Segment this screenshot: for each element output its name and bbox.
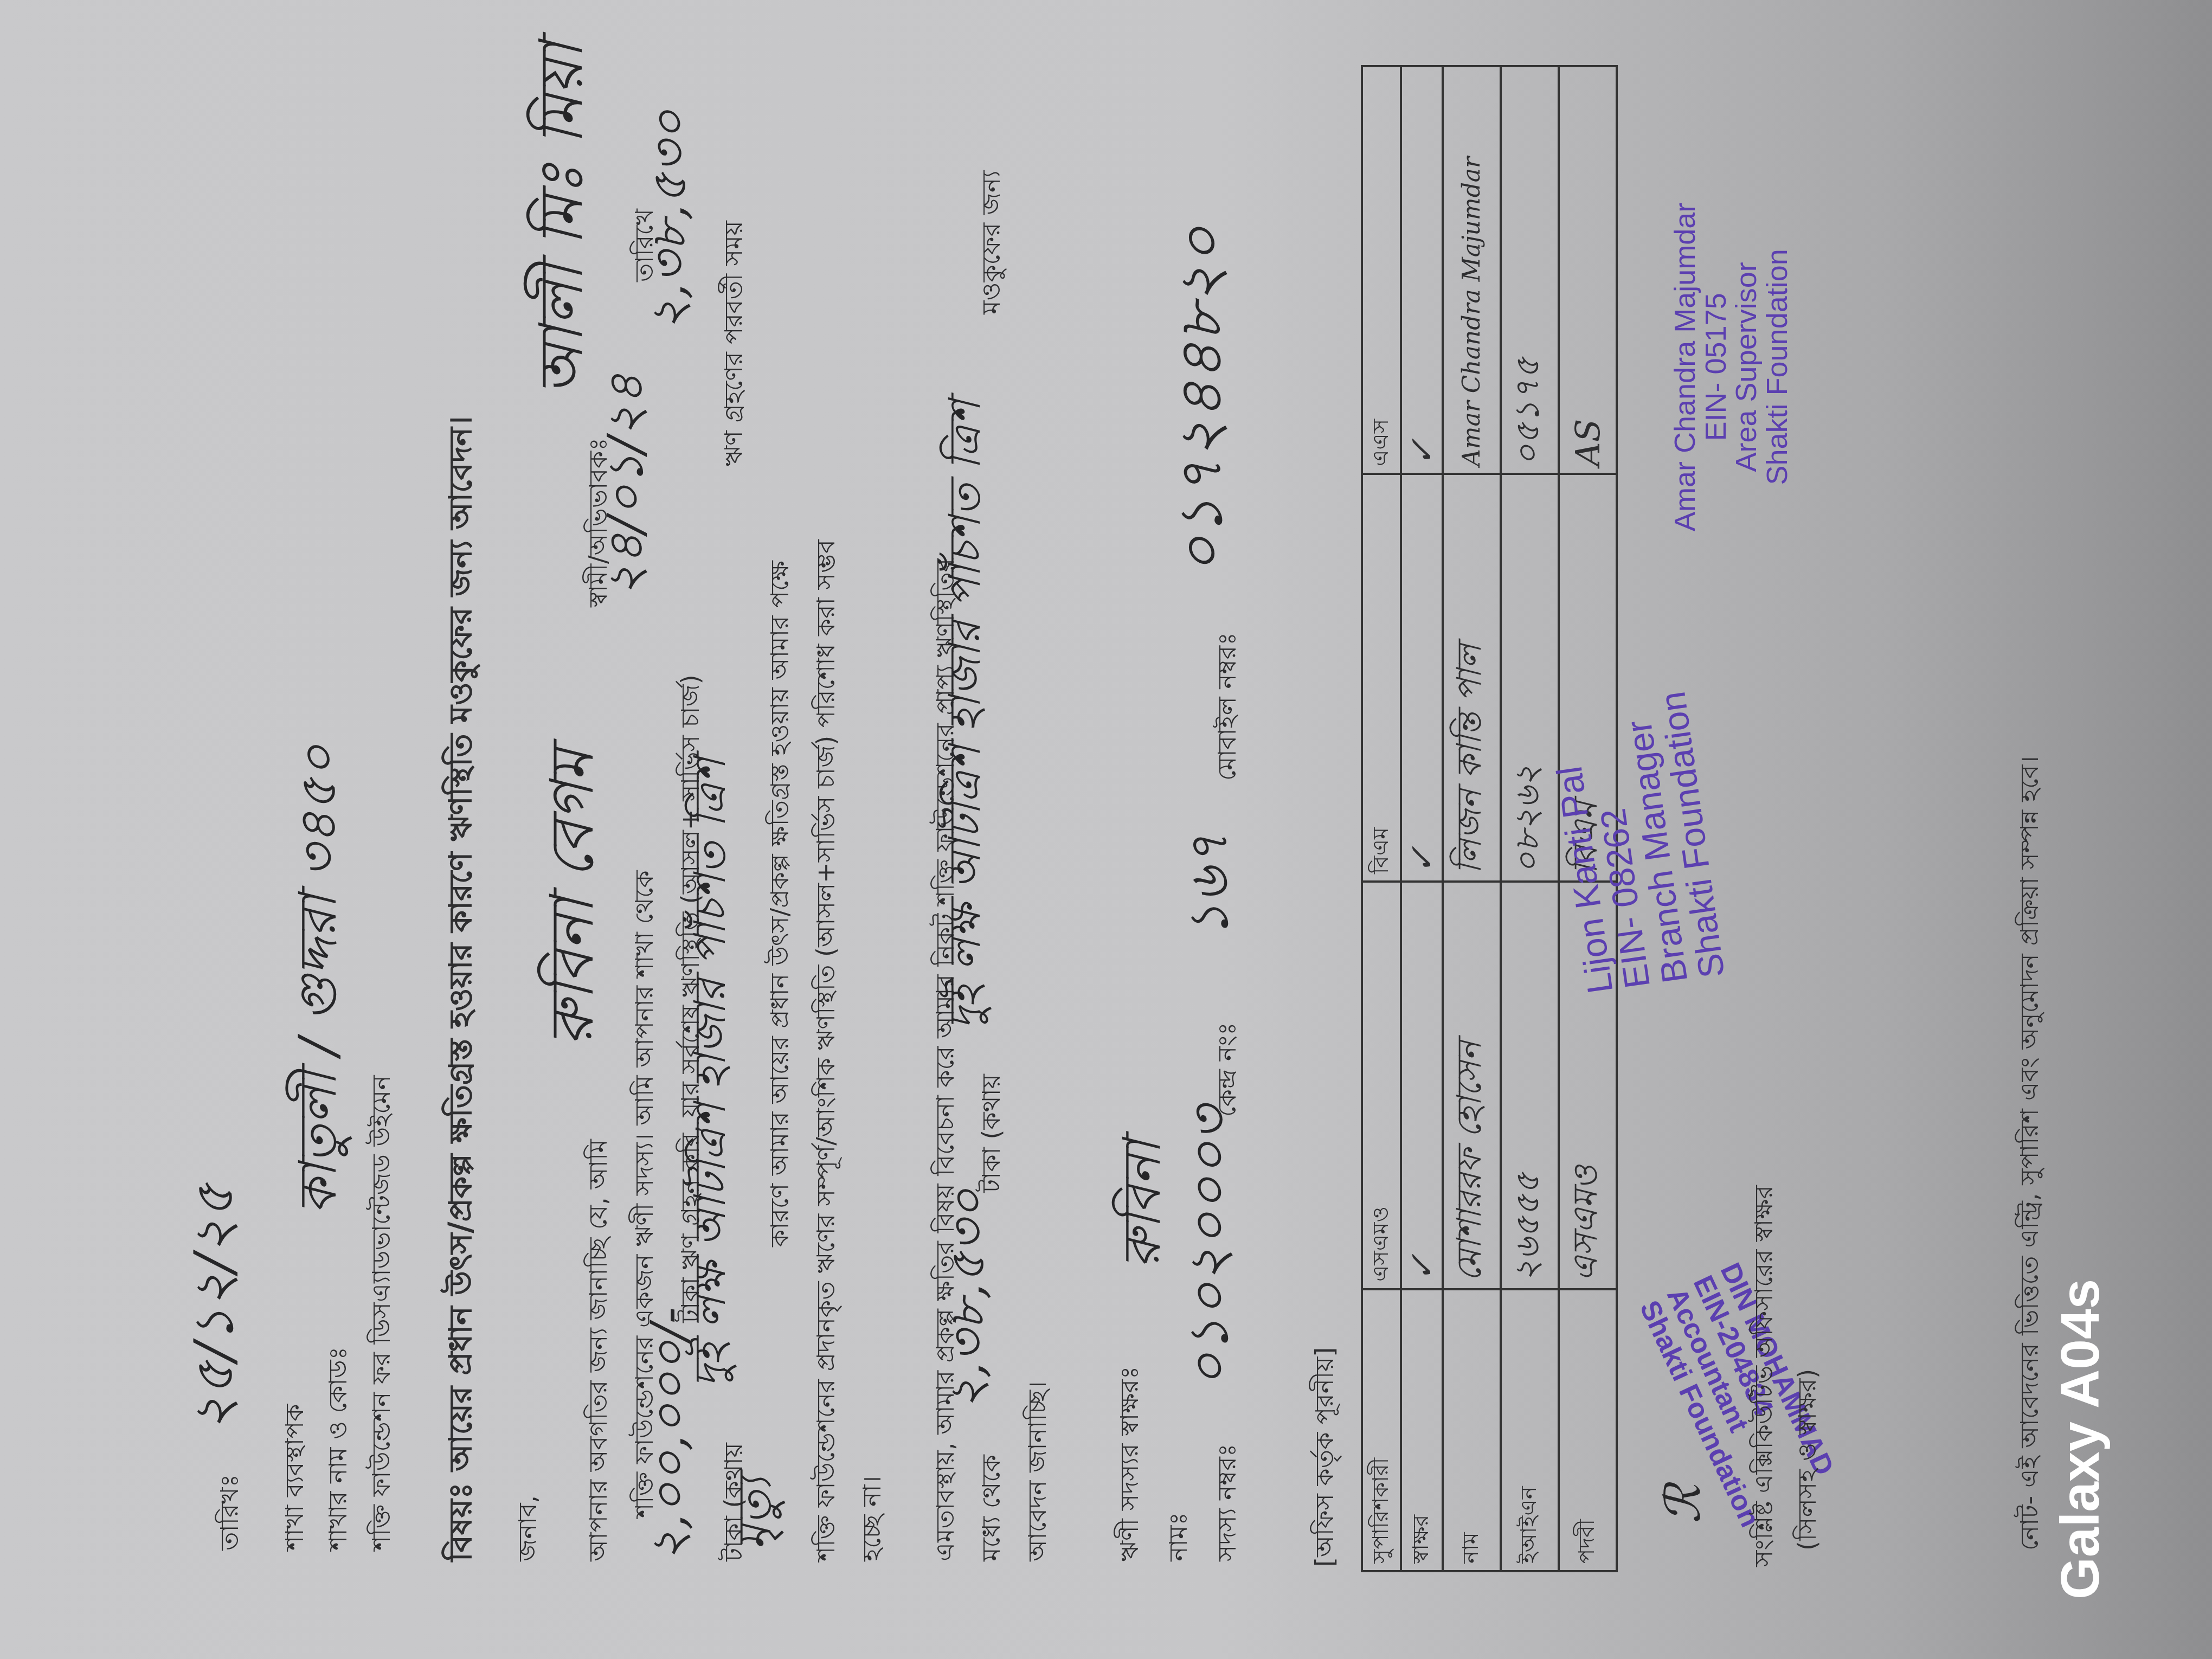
cause-written: মৃত্যু — [732, 1477, 778, 1551]
mobile-value: ০১৭২৪৪৮২০ — [1171, 226, 1231, 575]
guardian-name-written: আলী মিঃ মিয়া — [531, 42, 591, 396]
stamp-line: Shakti Foundation — [1762, 203, 1793, 531]
addressee-line-3: শক্তি ফাউন্ডেশন ফর ডিসএ্যাডভান্টেজড উইমে… — [369, 1075, 394, 1551]
recommender-line-1: সংশ্লিষ্ট এক্সিকিউটিভ অফিসারের স্বাক্ষর — [1751, 1185, 1776, 1567]
designation-cell: AS — [1559, 66, 1617, 474]
member-number-label: সদস্য নম্বরঃ — [1214, 1444, 1239, 1561]
para1-line5a: কারণে আমার আয়ের প্রধান উৎস/প্রকল্প ক্ষত… — [767, 561, 792, 1247]
office-heading: [অফিস কর্তৃক পূরনীয়] — [1312, 1347, 1337, 1567]
center-value: ১৬৭ — [1182, 832, 1236, 938]
para2-line2c: মওকুফের জন্য — [979, 170, 1004, 314]
para2-line3: আবেদন জানাচ্ছি। — [1025, 1381, 1050, 1561]
row-label: পদবী — [1559, 1289, 1617, 1571]
stamp-line: EIN- 05175 — [1701, 203, 1732, 531]
addressee-line-2: শাখার নাম ও কোডঃ — [325, 1347, 350, 1551]
name-cell: Amar Chandra Majumdar — [1443, 66, 1501, 474]
application-document: তারিখঃ ২৫/১২/২৫ শাখা ব্যবস্থাপক শাখার না… — [0, 0, 2212, 1659]
area-supervisor-stamp: Amar Chandra Majumdar EIN- 05175 Area Su… — [1670, 203, 1793, 531]
para1-line1a: আপনার অবগতির জন্য জানাচ্ছি যে, আমি — [586, 1139, 610, 1561]
name-cell: মোশাররফ হোসেন — [1443, 882, 1501, 1289]
row-label: সুপারিশকারী — [1362, 1289, 1401, 1571]
column-header: এসএমও — [1362, 882, 1401, 1289]
para2-line2b: টাকা (কথায় — [979, 1074, 1004, 1193]
member-number-value: ০১০২০০০৩ — [1182, 1106, 1236, 1388]
member-name-label: নামঃ — [1166, 1512, 1191, 1561]
camera-watermark: Galaxy A04s — [2049, 1279, 2112, 1599]
ein-cell: ২৬৫৫৫ — [1501, 882, 1559, 1289]
para1-line7: হচ্ছে না। — [859, 1476, 884, 1561]
signature-cell: ✓ — [1401, 66, 1443, 474]
row-label: নাম — [1443, 1289, 1501, 1571]
executive-signature: ℛ — [1659, 1484, 1708, 1523]
para2-line2a: মধ্যে থেকে — [979, 1455, 1004, 1561]
para1-line4b: ঋণ গ্রহণের পরবর্তী সময় — [721, 221, 746, 466]
stamp-line: Area Supervisor — [1731, 203, 1762, 531]
branch-value: কাতুলী / গুদ্দরা ৩৪৫০ — [293, 744, 344, 1214]
salutation: জনাব, — [515, 1495, 540, 1561]
outstanding-written: ২,৩৮,৫৩০ — [645, 110, 694, 331]
mobile-label: মোবাইল নম্বরঃ — [1214, 632, 1239, 781]
loan-date-written: ২৪/০১/২৪ — [602, 374, 651, 596]
ein-cell: ০৫১৭৫ — [1501, 66, 1559, 474]
date-line: তারিখঃ — [217, 1474, 242, 1551]
footer-note: নোট- এই আবেদনের ভিত্তিতে এন্ট্রি, সুপারি… — [2017, 756, 2042, 1551]
column-header: এএস — [1362, 66, 1401, 474]
row-label: ইআইএন — [1501, 1289, 1559, 1571]
para1-line6: শক্তি ফাউন্ডেশনের প্রদানকৃত ঋণের সম্পূর্… — [813, 539, 838, 1561]
table-row: সুপারিশকারী এসএমও বিএম এএস — [1362, 66, 1401, 1571]
row-label: স্বাক্ষর — [1401, 1289, 1443, 1571]
date-value: ২৫/১২/২৫ — [187, 1184, 241, 1431]
table-row: নাম মোশাররফ হোসেন লিজন কান্তি পাল Amar C… — [1443, 66, 1501, 1571]
outstanding-words-written: দুই লক্ষ আটত্রিশ হাজার পাঁচশত ত্রিশ — [689, 758, 732, 1388]
ein-cell: ০৮২৬২ — [1501, 474, 1559, 882]
waive-words-written: দুই লক্ষ আটত্রিশ হাজার পাঁচশত ত্রিশ — [943, 400, 987, 1030]
addressee-line-1: শাখা ব্যবস্থাপক — [282, 1404, 307, 1551]
table-row: স্বাক্ষর ✓ ✓ ✓ — [1401, 66, 1443, 1571]
waive-amount-written: ২,৩৮,৫৩০ — [943, 1188, 992, 1410]
member-name-value: রুবিনা — [1117, 1140, 1168, 1269]
signature-cell: ✓ — [1401, 474, 1443, 882]
recommender-line-2: (সিলসহ ও স্বাক্ষর) — [1795, 1369, 1819, 1551]
date-label: তারিখঃ — [215, 1474, 244, 1551]
member-signature-label: ঋণী সদস্যর স্বাক্ষরঃ — [1117, 1366, 1142, 1561]
center-label: কেন্দ্র নংঃ — [1214, 1023, 1239, 1117]
member-name-written: রুবিনা বেগম — [542, 749, 602, 1046]
signature-cell: ✓ — [1401, 882, 1443, 1289]
name-cell: লিজন কান্তি পাল — [1443, 474, 1501, 882]
stamp-line: Amar Chandra Majumdar — [1670, 203, 1701, 531]
column-header: বিএম — [1362, 474, 1401, 882]
subject: বিষয়ঃ আয়ের প্রধান উৎস/প্রকল্প ক্ষতিগ্র… — [445, 416, 476, 1561]
table-row: ইআইএন ২৬৫৫৫ ০৮২৬২ ০৫১৭৫ — [1501, 66, 1559, 1571]
